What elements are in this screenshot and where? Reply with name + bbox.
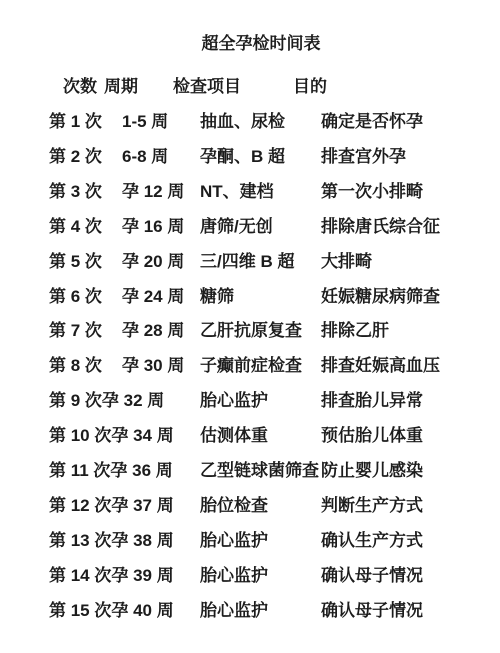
row-week: 1-5 周 bbox=[122, 104, 168, 139]
row-item: NT、建档 bbox=[200, 174, 274, 209]
row-times-week: 第 12 次孕 37 周 bbox=[49, 488, 174, 523]
row-week: 孕 16 周 bbox=[122, 209, 184, 244]
row-week: 孕 12 周 bbox=[122, 174, 184, 209]
row-item: 胎心监护 bbox=[200, 593, 268, 628]
row-purpose: 排查宫外孕 bbox=[321, 139, 406, 174]
table-row: 第 3 次孕 12 周NT、建档第一次小排畸 bbox=[0, 174, 500, 209]
row-purpose: 排查妊娠高血压 bbox=[321, 348, 440, 383]
row-item: 子癫前症检查 bbox=[200, 348, 302, 383]
table-row: 第 5 次孕 20 周三/四维 B 超大排畸 bbox=[0, 244, 500, 279]
row-purpose: 确认母子情况 bbox=[321, 593, 423, 628]
row-purpose: 防止婴儿感染 bbox=[321, 453, 423, 488]
row-times: 第 5 次 bbox=[49, 244, 102, 279]
row-purpose: 妊娠糖尿病筛查 bbox=[321, 279, 440, 314]
row-item: 胎心监护 bbox=[200, 558, 268, 593]
row-times: 第 4 次 bbox=[49, 209, 102, 244]
row-purpose: 排除乙肝 bbox=[321, 313, 389, 348]
row-purpose: 判断生产方式 bbox=[321, 488, 423, 523]
table-row: 第 2 次6-8 周孕酮、B 超排查宫外孕 bbox=[0, 139, 500, 174]
table-row: 第 14 次孕 39 周胎心监护确认母子情况 bbox=[0, 558, 500, 593]
row-item: 孕酮、B 超 bbox=[200, 139, 285, 174]
row-times: 第 1 次 bbox=[49, 104, 102, 139]
row-week: 孕 28 周 bbox=[122, 313, 184, 348]
row-times-week: 第 15 次孕 40 周 bbox=[49, 593, 174, 628]
pregnancy-checkup-schedule-page: 超全孕检时间表 次数 周期 检查项目 目的 第 1 次1-5 周抽血、尿检确定是… bbox=[0, 0, 500, 653]
row-times: 第 2 次 bbox=[49, 139, 102, 174]
row-times-week: 第 9 次孕 32 周 bbox=[49, 383, 164, 418]
table-row: 第 4 次孕 16 周唐筛/无创排除唐氏综合征 bbox=[0, 209, 500, 244]
row-item: 乙肝抗原复查 bbox=[200, 313, 302, 348]
row-times: 第 7 次 bbox=[49, 313, 102, 348]
row-purpose: 确认生产方式 bbox=[321, 523, 423, 558]
table-row: 第 13 次孕 38 周胎心监护确认生产方式 bbox=[0, 523, 500, 558]
table-row: 第 9 次孕 32 周胎心监护排查胎儿异常 bbox=[0, 383, 500, 418]
table-body: 第 1 次1-5 周抽血、尿检确定是否怀孕第 2 次6-8 周孕酮、B 超排查宫… bbox=[0, 0, 500, 653]
row-purpose: 第一次小排畸 bbox=[321, 174, 423, 209]
row-item: 胎心监护 bbox=[200, 523, 268, 558]
row-week: 孕 20 周 bbox=[122, 244, 184, 279]
row-purpose: 预估胎儿体重 bbox=[321, 418, 423, 453]
row-purpose: 排查胎儿异常 bbox=[321, 383, 423, 418]
table-row: 第 10 次孕 34 周估测体重预估胎儿体重 bbox=[0, 418, 500, 453]
table-row: 第 8 次孕 30 周子癫前症检查排查妊娠高血压 bbox=[0, 348, 500, 383]
row-item: 胎位检查 bbox=[200, 488, 268, 523]
row-times-week: 第 13 次孕 38 周 bbox=[49, 523, 174, 558]
row-times-week: 第 11 次孕 36 周 bbox=[49, 453, 173, 488]
table-row: 第 12 次孕 37 周胎位检查判断生产方式 bbox=[0, 488, 500, 523]
row-purpose: 排除唐氏综合征 bbox=[321, 209, 440, 244]
table-row: 第 1 次1-5 周抽血、尿检确定是否怀孕 bbox=[0, 104, 500, 139]
row-week: 6-8 周 bbox=[122, 139, 168, 174]
row-item: 估测体重 bbox=[200, 418, 268, 453]
row-purpose: 大排畸 bbox=[321, 244, 372, 279]
table-row: 第 11 次孕 36 周乙型链球菌筛查防止婴儿感染 bbox=[0, 453, 500, 488]
row-times-week: 第 10 次孕 34 周 bbox=[49, 418, 174, 453]
row-times: 第 8 次 bbox=[49, 348, 102, 383]
row-item: 抽血、尿检 bbox=[200, 104, 285, 139]
row-purpose: 确认母子情况 bbox=[321, 558, 423, 593]
row-item: 三/四维 B 超 bbox=[200, 244, 294, 279]
table-row: 第 7 次孕 28 周乙肝抗原复查排除乙肝 bbox=[0, 313, 500, 348]
row-week: 孕 24 周 bbox=[122, 279, 184, 314]
row-item: 胎心监护 bbox=[200, 383, 268, 418]
row-item: 唐筛/无创 bbox=[200, 209, 273, 244]
row-item: 糖筛 bbox=[200, 279, 234, 314]
row-times: 第 3 次 bbox=[49, 174, 102, 209]
row-times: 第 6 次 bbox=[49, 279, 102, 314]
table-row: 第 6 次孕 24 周糖筛妊娠糖尿病筛查 bbox=[0, 279, 500, 314]
row-item: 乙型链球菌筛查 bbox=[200, 453, 319, 488]
row-times-week: 第 14 次孕 39 周 bbox=[49, 558, 174, 593]
row-week: 孕 30 周 bbox=[122, 348, 184, 383]
table-row: 第 15 次孕 40 周胎心监护确认母子情况 bbox=[0, 593, 500, 628]
row-purpose: 确定是否怀孕 bbox=[321, 104, 423, 139]
